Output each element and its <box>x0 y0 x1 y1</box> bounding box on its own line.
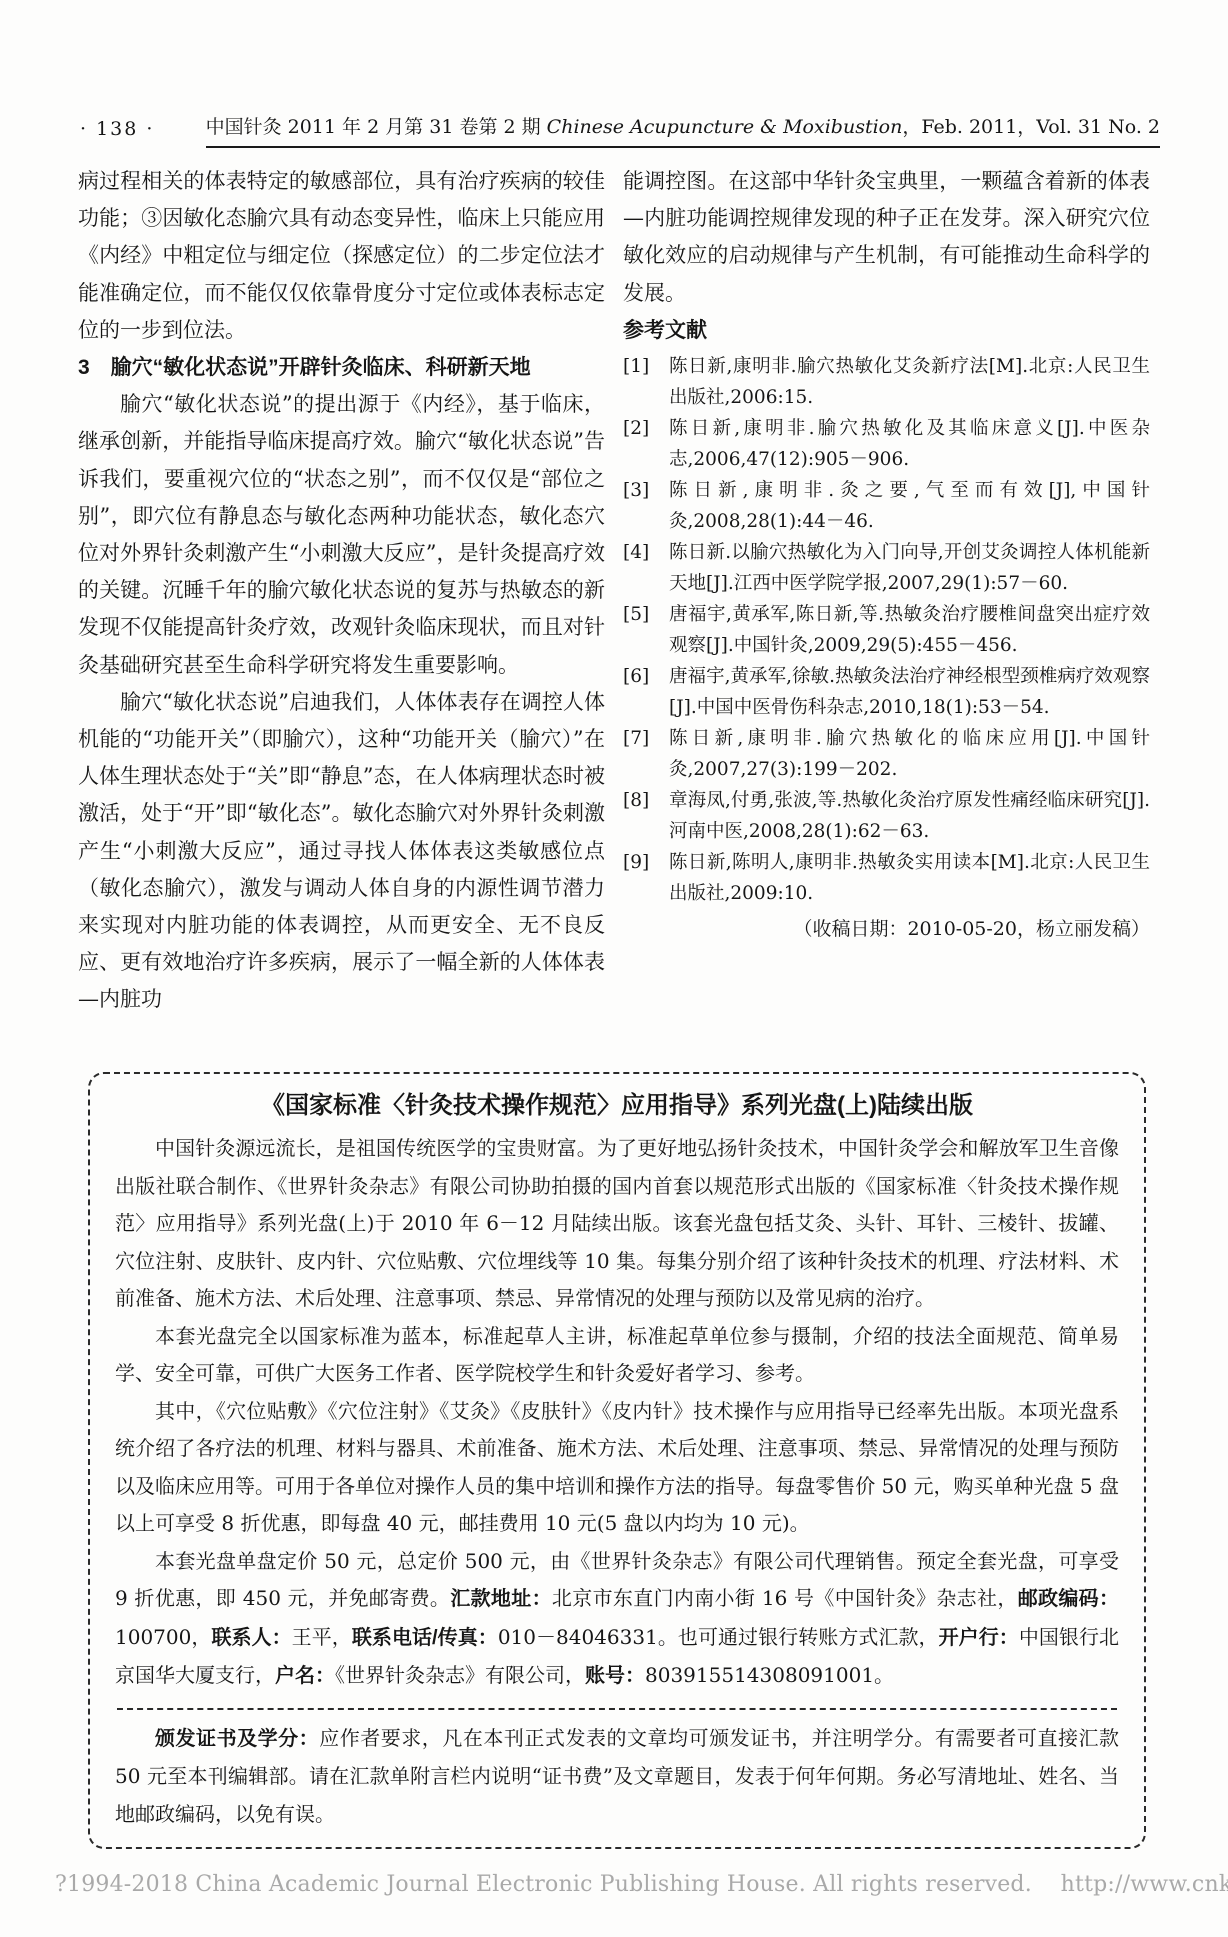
page-header: · 138 · 中国针灸 2011 年 2 月第 31 卷第 2 期 Chine… <box>80 112 1160 148</box>
announcement-paragraph-overview: 中国针灸源远流长，是祖国传统医学的宝贵财富。为了更好地弘扬针灸技术，中国针灸学会… <box>115 1130 1119 1318</box>
article-body: 病过程相关的体表特定的敏感部位，具有治疗疾病的较佳功能；③因敏化态腧穴具有动态变… <box>78 163 1150 1019</box>
contact-person-value: 王平， <box>292 1625 352 1649</box>
reference-number: [4] <box>623 537 669 599</box>
reference-number: [2] <box>623 413 669 475</box>
reference-number: [8] <box>623 785 669 847</box>
announcement-paragraph-published: 其中，《穴位贴敷》《穴位注射》《艾灸》《皮肤针》《皮内针》技术操作与应用指导已经… <box>115 1393 1119 1543</box>
cnki-copyright-footer: ?1994-2018 China Academic Journal Electr… <box>55 1872 1215 1897</box>
remit-address-label: 汇款地址： <box>450 1588 552 1610</box>
journal-title-cn: 中国针灸 2011 年 2 月第 31 卷第 2 期 <box>206 116 547 138</box>
reference-text: 章海凤,付勇,张波,等.热敏化灸治疗原发性痛经临床研究[J].河南中医,2008… <box>669 785 1150 847</box>
reference-item: [3]陈日新,康明非.灸之要,气至而有效[J],中国针灸,2008,28(1):… <box>623 475 1150 537</box>
reference-text: 陈日新,陈明人,康明非.热敏灸实用读本[M].北京:人民卫生出版社,2009:1… <box>669 847 1150 909</box>
bank-label: 开户行： <box>939 1627 1019 1649</box>
paragraph-continuation-right: 能调控图。在这部中华针灸宝典里，一颗蕴含着新的体表—内脏功能调控规律发现的种子正… <box>623 163 1150 312</box>
reference-text: 唐福宇,黄承军,陈日新,等.热敏灸治疗腰椎间盘突出症疗效观察[J].中国针灸,2… <box>669 599 1150 661</box>
reference-item: [1]陈日新,康明非.腧穴热敏化艾灸新疗法[M].北京:人民卫生出版社,2006… <box>623 351 1150 413</box>
reference-item: [4]陈日新.以腧穴热敏化为入门向导,开创艾灸调控人体机能新天地[J].江西中医… <box>623 537 1150 599</box>
phone-fax-label: 联系电话/传真： <box>352 1627 498 1649</box>
reference-text: 陈日新,康明非.腧穴热敏化及其临床意义[J].中医杂志,2006,47(12):… <box>669 413 1150 475</box>
phone-fax-value: 010－84046331。也可通过银行转账方式汇款， <box>498 1625 939 1649</box>
reference-text: 陈日新.以腧穴热敏化为入门向导,开创艾灸调控人体机能新天地[J].江西中医学院学… <box>669 537 1150 599</box>
journal-issue-info: ，Feb. 2011，Vol. 31 No. 2 <box>902 116 1160 138</box>
announcement-paragraph-payment: 本套光盘单盘定价 50 元，总定价 500 元，由《世界针灸杂志》有限公司代理销… <box>115 1543 1119 1696</box>
reference-item: [5]唐福宇,黄承军,陈日新,等.热敏灸治疗腰椎间盘突出症疗效观察[J].中国针… <box>623 599 1150 661</box>
postal-code-value: 100700， <box>115 1625 211 1649</box>
paragraph-sensitization-theory: 腧穴“敏化状态说”的提出源于《内经》，基于临床，继承创新，并能指导临床提高疗效。… <box>78 386 605 684</box>
remit-address-value: 北京市东直门内南小街 16 号《中国针灸》杂志社， <box>552 1586 1018 1610</box>
reference-text: 陈日新,康明非.灸之要,气至而有效[J],中国针灸,2008,28(1):44－… <box>669 475 1150 537</box>
right-column: 能调控图。在这部中华针灸宝典里，一颗蕴含着新的体表—内脏功能调控规律发现的种子正… <box>623 163 1150 1019</box>
left-column: 病过程相关的体表特定的敏感部位，具有治疗疾病的较佳功能；③因敏化态腧穴具有动态变… <box>78 163 605 1019</box>
announcement-box: 《国家标准〈针灸技术操作规范〉应用指导》系列光盘(上)陆续出版 中国针灸源远流长… <box>88 1072 1146 1849</box>
journal-title-en: Chinese Acupuncture & Moxibustion <box>547 116 903 138</box>
references-heading: 参考文献 <box>623 312 1150 349</box>
received-date-note: （收稿日期：2010-05-20，杨立丽发稿） <box>623 913 1150 945</box>
reference-number: [5] <box>623 599 669 661</box>
reference-text: 陈日新,康明非.腧穴热敏化的临床应用[J].中国针灸,2007,27(3):19… <box>669 723 1150 785</box>
reference-item: [9]陈日新,陈明人,康明非.热敏灸实用读本[M].北京:人民卫生出版社,200… <box>623 847 1150 909</box>
account-number-value: 803915514308091001。 <box>645 1663 894 1687</box>
reference-item: [6]唐福宇,黄承军,徐敏.热敏灸法治疗神经根型颈椎病疗效观察[J].中国中医骨… <box>623 661 1150 723</box>
reference-item: [7]陈日新,康明非.腧穴热敏化的临床应用[J].中国针灸,2007,27(3)… <box>623 723 1150 785</box>
certificate-paragraph: 颁发证书及学分：应作者要求，凡在本刊正式发表的文章均可颁发证书，并注明学分。有需… <box>115 1720 1119 1834</box>
postal-code-label: 邮政编码： <box>1018 1588 1119 1610</box>
page-number: · 138 · <box>80 118 154 148</box>
account-number-label: 账号： <box>585 1665 645 1687</box>
reference-item: [8]章海凤,付勇,张波,等.热敏化灸治疗原发性痛经临床研究[J].河南中医,2… <box>623 785 1150 847</box>
section-3-heading: 3 腧穴“敏化状态说”开辟针灸临床、科研新天地 <box>78 349 605 386</box>
reference-number: [1] <box>623 351 669 413</box>
account-name-label: 户名： <box>275 1665 335 1687</box>
reference-item: [2]陈日新,康明非.腧穴热敏化及其临床意义[J].中医杂志,2006,47(1… <box>623 413 1150 475</box>
paragraph-function-switch: 腧穴“敏化状态说”启迪我们，人体体表存在调控人体机能的“功能开关”（即腧穴），这… <box>78 684 605 1019</box>
announcement-title: 《国家标准〈针灸技术操作规范〉应用指导》系列光盘(上)陆续出版 <box>115 1086 1119 1126</box>
paragraph-continuation-left: 病过程相关的体表特定的敏感部位，具有治疗疾病的较佳功能；③因敏化态腧穴具有动态变… <box>78 163 605 349</box>
reference-text: 唐福宇,黄承军,徐敏.热敏灸法治疗神经根型颈椎病疗效观察[J].中国中医骨伤科杂… <box>669 661 1150 723</box>
reference-number: [3] <box>623 475 669 537</box>
references-list: [1]陈日新,康明非.腧穴热敏化艾灸新疗法[M].北京:人民卫生出版社,2006… <box>623 351 1150 909</box>
journal-page: · 138 · 中国针灸 2011 年 2 月第 31 卷第 2 期 Chine… <box>0 0 1228 1937</box>
journal-header-line: 中国针灸 2011 年 2 月第 31 卷第 2 期 Chinese Acupu… <box>206 112 1160 148</box>
divider-line <box>117 1708 1117 1710</box>
reference-number: [6] <box>623 661 669 723</box>
reference-number: [9] <box>623 847 669 909</box>
reference-number: [7] <box>623 723 669 785</box>
announcement-paragraph-standard: 本套光盘完全以国家标准为蓝本，标准起草人主讲，标准起草单位参与摄制，介绍的技法全… <box>115 1318 1119 1393</box>
contact-person-label: 联系人： <box>211 1627 291 1649</box>
account-name-value: 《世界针灸杂志》有限公司， <box>335 1663 585 1687</box>
certificate-label: 颁发证书及学分： <box>155 1728 319 1750</box>
reference-text: 陈日新,康明非.腧穴热敏化艾灸新疗法[M].北京:人民卫生出版社,2006:15… <box>669 351 1150 413</box>
